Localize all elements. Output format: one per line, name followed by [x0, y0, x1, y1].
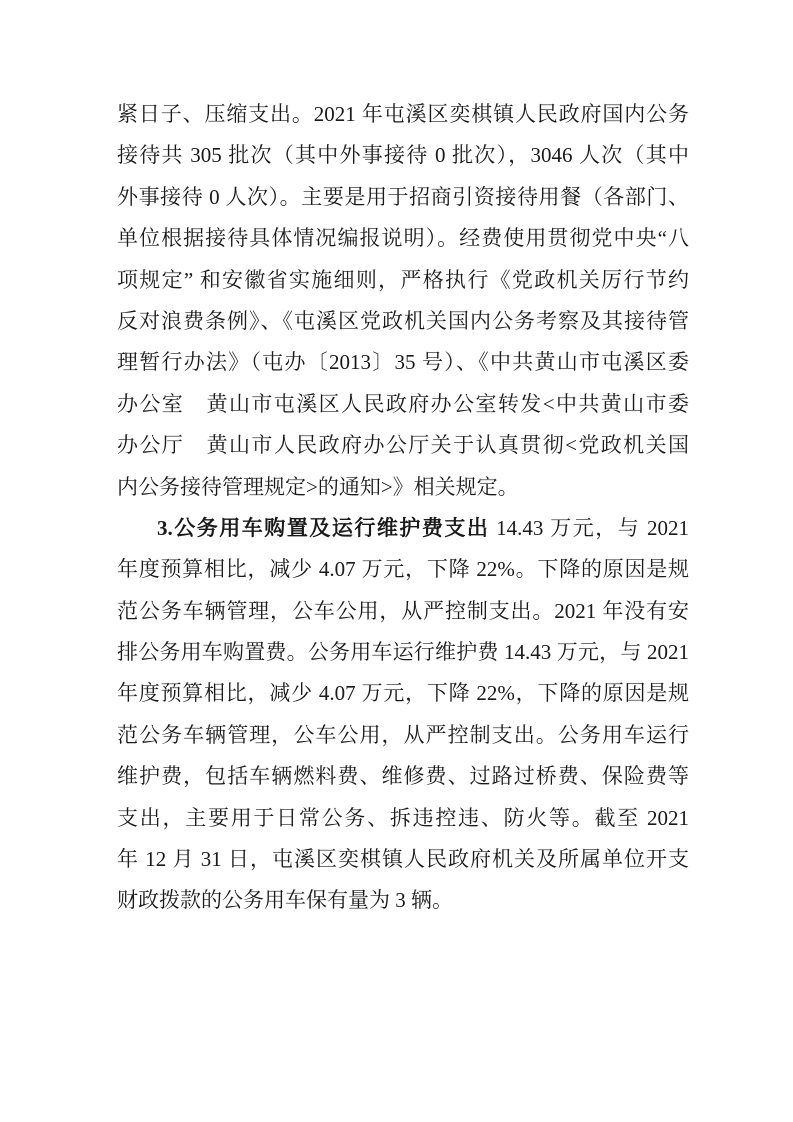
document-page: 紧日子、压缩支出。2021 年屯溪区奕棋镇人民政府国内公务 接待共 305 批次… — [0, 0, 793, 1122]
text-line: 支出，主要用于日常公务、拆违控违、防火等。截至 2021 — [117, 798, 689, 839]
heading-line-rest: 14.43 万元，与 2021 — [489, 516, 689, 540]
text-line-with-heading: 3.公务用车购置及运行维护费支出 14.43 万元，与 2021 — [117, 508, 689, 549]
text-line: 财政拨款的公务用车保有量为 3 辆。 — [117, 880, 689, 921]
text-line: 维护费，包括车辆燃料费、维修费、过路过桥费、保险费等 — [117, 756, 689, 797]
text-line: 办公厅 黄山市人民政府办公厅关于认真贯彻<党政机关国 — [117, 425, 689, 466]
text-line: 范公务车辆管理，公车公用，从严控制支出。2021 年没有安 — [117, 591, 689, 632]
text-line: 理暂行办法》（屯办〔2013〕35 号）、《中共黄山市屯溪区委 — [117, 342, 689, 383]
text-line: 排公务用车购置费。公务用车运行维护费 14.43 万元，与 2021 — [117, 632, 689, 673]
paragraph-official-vehicles: 3.公务用车购置及运行维护费支出 14.43 万元，与 2021 年度预算相比，… — [117, 508, 689, 922]
text-line: 外事接待 0 人次）。主要是用于招商引资接待用餐（各部门、 — [117, 177, 689, 218]
text-line: 年度预算相比，减少 4.07 万元，下降 22%。下降的原因是规 — [117, 549, 689, 590]
text-line: 反对浪费条例》、《屯溪区党政机关国内公务考察及其接待管 — [117, 301, 689, 342]
document-body: 紧日子、压缩支出。2021 年屯溪区奕棋镇人民政府国内公务 接待共 305 批次… — [117, 94, 689, 922]
text-line: 单位根据接待具体情况编报说明）。经费使用贯彻党中央“八 — [117, 218, 689, 259]
text-line: 范公务车辆管理，公车公用，从严控制支出。公务用车运行 — [117, 715, 689, 756]
text-line: 内公务接待管理规定>的通知>》相关规定。 — [117, 467, 689, 508]
text-line: 接待共 305 批次（其中外事接待 0 批次），3046 人次（其中 — [117, 135, 689, 176]
text-line: 项规定” 和安徽省实施细则，严格执行《党政机关厉行节约 — [117, 260, 689, 301]
text-line: 办公室 黄山市屯溪区人民政府办公室转发<中共黄山市委 — [117, 384, 689, 425]
section-heading-vehicle-expense: 3.公务用车购置及运行维护费支出 — [157, 516, 489, 540]
text-line: 年 12 月 31 日，屯溪区奕棋镇人民政府机关及所属单位开支 — [117, 839, 689, 880]
text-line: 紧日子、压缩支出。2021 年屯溪区奕棋镇人民政府国内公务 — [117, 94, 689, 135]
paragraph-official-reception: 紧日子、压缩支出。2021 年屯溪区奕棋镇人民政府国内公务 接待共 305 批次… — [117, 94, 689, 508]
text-line: 年度预算相比，减少 4.07 万元，下降 22%，下降的原因是规 — [117, 673, 689, 714]
